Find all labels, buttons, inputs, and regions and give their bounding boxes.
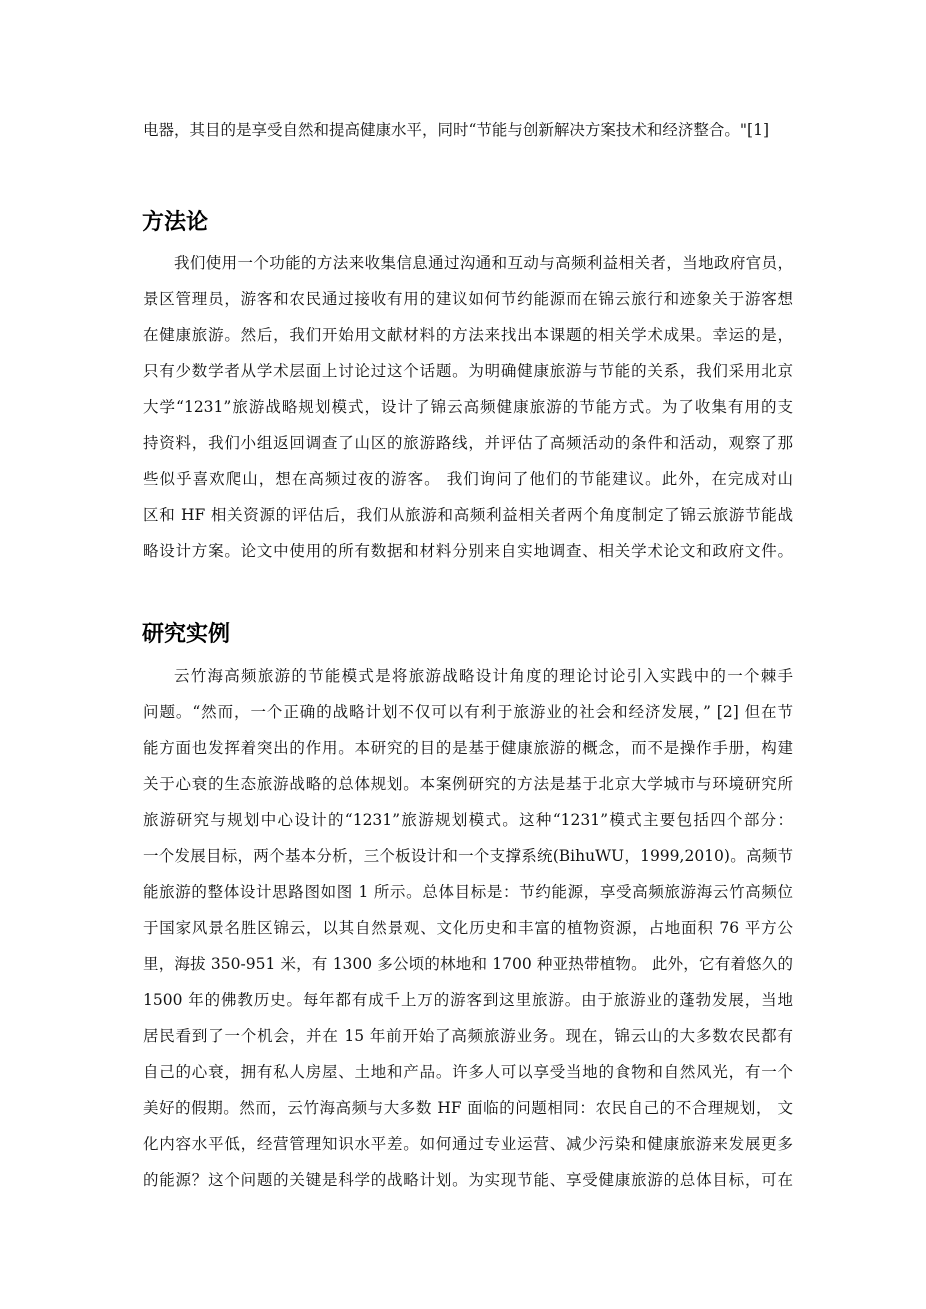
document-page: 电器，其目的是享受自然和提高健康水平，同时“节能与创新解决方案技术和经济整合。"… — [0, 0, 926, 1309]
paragraph-line: 一个发展目标，两个基本分析，三个板设计和一个支撑系统(BihuWU，1999,2… — [143, 846, 793, 866]
paragraph-line: 略设计方案。论文中使用的所有数据和材料分别来自实地调查、相关学术论文和政府文件。 — [143, 541, 793, 561]
paragraph-line: 景区管理员，游客和农民通过接收有用的建议如何节约能源而在锦云旅行和迹象关于游客想 — [143, 289, 793, 309]
paragraph-line: 能旅游的整体设计思路图如图 1 所示。总体目标是：节约能源，享受高频旅游海云竹高… — [143, 882, 793, 902]
paragraph-line: 于国家风景名胜区锦云，以其自然景观、文化历史和丰富的植物资源，占地面积 76 平… — [143, 918, 793, 938]
paragraph-line: 持资料，我们小组返回调查了山区的旅游路线，并评估了高频活动的条件和活动，观察了那 — [143, 433, 793, 453]
paragraph-line: 居民看到了一个机会，并在 15 年前开始了高频旅游业务。现在，锦云山的大多数农民… — [143, 1026, 793, 1046]
paragraph-line: 自己的心衰，拥有私人房屋、土地和产品。许多人可以享受当地的食物和自然风光，有一个 — [143, 1062, 793, 1082]
paragraph-line: 些似乎喜欢爬山，想在高频过夜的游客。 我们询问了他们的节能建议。此外，在完成对山 — [143, 469, 793, 489]
paragraph-line: 关于心衰的生态旅游战略的总体规划。本案例研究的方法是基于北京大学城市与环境研究所 — [143, 774, 793, 794]
paragraph-line: 大学“1231”旅游战略规划模式，设计了锦云高频健康旅游的节能方式。为了收集有用… — [143, 397, 793, 417]
section-heading-methodology: 方法论 — [142, 210, 208, 236]
paragraph-line: 美好的假期。然而，云竹海高频与大多数 HF 面临的问题相同：农民自己的不合理规划… — [143, 1098, 793, 1118]
paragraph-line: 旅游研究与规划中心设计的“1231”旅游规划模式。这种“1231”模式主要包括四… — [143, 810, 793, 830]
paragraph-line: 1500 年的佛教历史。每年都有成千上万的游客到这里旅游。由于旅游业的蓬勃发展，… — [143, 990, 793, 1010]
paragraph-line: 只有少数学者从学术层面上讨论过这个话题。为明确健康旅游与节能的关系，我们采用北京 — [143, 361, 793, 381]
paragraph-line: 的能源？这个问题的关键是科学的战略计划。为实现节能、享受健康旅游的总体目标，可在 — [143, 1170, 793, 1190]
paragraph-line: 能方面也发挥着突出的作用。本研究的目的是基于健康旅游的概念，而不是操作手册，构建 — [143, 738, 793, 758]
paragraph-line: 区和 HF 相关资源的评估后，我们从旅游和高频利益相关者两个角度制定了锦云旅游节… — [143, 505, 793, 525]
paragraph-line: 问题。“然而，一个正确的战略计划不仅可以有利于旅游业的社会和经济发展，” [2]… — [143, 702, 793, 722]
paragraph-line: 化内容水平低，经营管理知识水平差。如何通过专业运营、减少污染和健康旅游来发展更多 — [143, 1134, 793, 1154]
paragraph-line: 云竹海高频旅游的节能模式是将旅游战略设计角度的理论讨论引入实践中的一个棘手 — [174, 666, 793, 686]
intro-paragraph-line: 电器，其目的是享受自然和提高健康水平，同时“节能与创新解决方案技术和经济整合。"… — [143, 120, 793, 140]
paragraph-line: 里，海拔 350-951 米，有 1300 多公顷的林地和 1700 种亚热带植… — [143, 954, 793, 974]
section-heading-case-study: 研究实例 — [142, 622, 230, 648]
paragraph-line: 我们使用一个功能的方法来收集信息通过沟通和互动与高频利益相关者，当地政府官员， — [174, 253, 793, 273]
paragraph-line: 在健康旅游。然后，我们开始用文献材料的方法来找出本课题的相关学术成果。幸运的是， — [143, 325, 793, 345]
